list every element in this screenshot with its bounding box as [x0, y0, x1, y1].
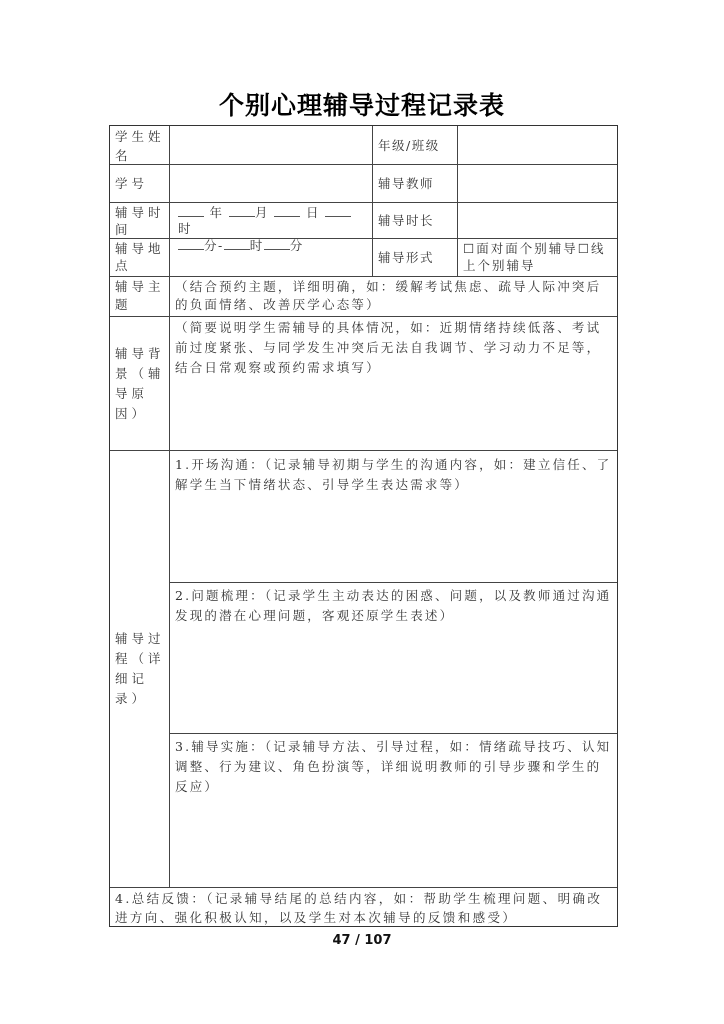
process-step-implementation[interactable]: 3.辅导实施：（记录辅导方法、引导过程，如：情绪疏导技巧、认知调整、行为建议、角…	[170, 734, 617, 887]
time-field[interactable]: 年 月 日 时 分-时分	[170, 203, 372, 238]
duration-label: 辅导时长	[373, 203, 457, 238]
teacher-field[interactable]	[458, 165, 617, 202]
checkbox-online[interactable]: ☐	[578, 241, 591, 256]
format-option-1-label: 面对面个别辅导	[476, 241, 578, 256]
format-label: 辅导形式	[373, 239, 457, 276]
teacher-label: 辅导教师	[373, 165, 457, 202]
page-number: 47 / 107	[0, 933, 724, 948]
student-name-field[interactable]	[170, 126, 372, 164]
day-text: 日	[306, 205, 320, 220]
month-text: 月	[255, 205, 269, 220]
summary-feedback-field[interactable]: 4.总结反馈：（记录辅导结尾的总结内容，如：帮助学生梳理问题、明确改进方向、强化…	[110, 888, 617, 927]
grade-class-label: 年级/班级	[373, 126, 457, 164]
process-step-analysis[interactable]: 2.问题梳理：（记录学生主动表达的困惑、问题，以及教师通过沟通发现的潜在心理问题…	[170, 583, 617, 733]
hour-text: 时	[178, 221, 192, 236]
duration-field[interactable]	[458, 203, 617, 238]
student-id-field[interactable]	[170, 165, 372, 202]
background-label: 辅导背景（辅导原因）	[110, 317, 170, 450]
format-options: ☐面对面个别辅导☐线上个别辅导	[458, 239, 617, 276]
page-title: 个别心理辅导过程记录表	[0, 86, 724, 122]
background-field[interactable]: （简要说明学生需辅导的具体情况，如：近期情绪持续低落、考试前过度紧张、与同学发生…	[170, 317, 617, 450]
location-field[interactable]	[170, 239, 372, 276]
topic-label: 辅导主题	[110, 277, 170, 316]
location-label: 辅导地点	[110, 239, 170, 276]
checkbox-face-to-face[interactable]: ☐	[463, 241, 476, 256]
grade-class-field[interactable]	[458, 126, 617, 164]
process-label: 辅导过程（详细记录）	[110, 451, 170, 887]
time-label: 辅导时间	[110, 203, 170, 238]
student-name-label: 学生姓名	[110, 126, 170, 164]
process-step-opening[interactable]: 1.开场沟通：（记录辅导初期与学生的沟通内容，如：建立信任、了解学生当下情绪状态…	[170, 452, 617, 582]
student-id-label: 学号	[110, 165, 170, 202]
year-text: 年	[209, 205, 223, 220]
topic-field[interactable]: （结合预约主题，详细明确，如：缓解考试焦虑、疏导人际冲突后的负面情绪、改善厌学心…	[170, 277, 617, 316]
record-form-table: 学生姓名 年级/班级 学号 辅导教师 辅导时间 年 月 日 时 分-时分 辅导时…	[109, 125, 618, 927]
